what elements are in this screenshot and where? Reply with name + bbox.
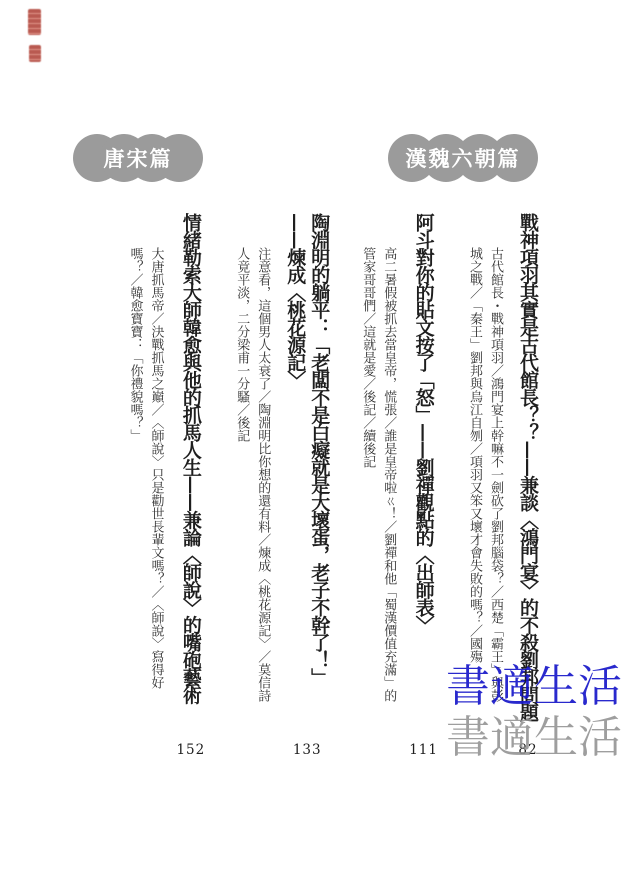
chapter-page-number: 152: [176, 742, 205, 758]
section-badge-label: 唐宋篇: [73, 134, 203, 182]
red-stamp-mark: [29, 45, 41, 62]
chapter-subtitles: 大唐抓馬帝／決戰抓馬之巔／〈師說〉只是勸世長輩文嗎？／〈師說〉寫得好 嗎？／韓愈…: [124, 247, 166, 721]
chapter-title: 陶淵明的躺平：「老闆不是白癡就是大壞蛋，老子不幹了！」 ——煉成〈桃花源記〉: [283, 213, 331, 686]
chapter-title-column: 戰神項羽其實是古代館長？？——兼談〈鴻門宴〉的不殺劉邦問題 82: [516, 213, 540, 758]
chapter-title: 情緒勒索大師韓愈與他的抓馬人生——兼論〈師說〉的嘴砲藝術: [179, 213, 203, 703]
chapter-title-column: 陶淵明的躺平：「老闆不是白癡就是大壞蛋，老子不幹了！」 ——煉成〈桃花源記〉 1…: [283, 213, 331, 758]
book-toc-page: 唐宋篇 漢魏六朝篇 戰神項羽其實是古代館長？？——兼談〈鴻門宴〉的不殺劉邦問題 …: [0, 0, 625, 880]
toc-chapter: 戰神項羽其實是古代館長？？——兼談〈鴻門宴〉的不殺劉邦問題 82 古代館長・戰神…: [464, 213, 540, 758]
chapter-subtitles: 注意看，這個男人太衰了／陶淵明比你想的還有料／煉成〈桃花源記〉／莫信詩 人竟平淡…: [231, 247, 273, 721]
toc-chapter: 情緒勒索大師韓愈與他的抓馬人生——兼論〈師說〉的嘴砲藝術 152 大唐抓馬帝／決…: [124, 213, 205, 758]
chapter-subtitles: 高二暑假被抓去當皇帝，慌張／誰是皇帝啦ㄍ！／劉禪和他「蜀漢價值充滿」的 管家哥哥…: [357, 247, 399, 721]
chapter-subtitles: 古代館長・戰神項羽／鴻門宴上幹嘛不一劍砍了劉邦腦袋？／西楚「霸王」與彭 城之戰／…: [464, 247, 506, 721]
section-badge-hanwei: 漢魏六朝篇: [388, 134, 538, 182]
red-stamp-mark: [28, 9, 41, 35]
chapter-page-number: 82: [518, 742, 537, 758]
section-badge-label: 漢魏六朝篇: [388, 134, 538, 182]
chapter-title: 戰神項羽其實是古代館長？？——兼談〈鴻門宴〉的不殺劉邦問題: [516, 213, 540, 721]
chapter-title-column: 情緒勒索大師韓愈與他的抓馬人生——兼論〈師說〉的嘴砲藝術 152: [176, 213, 205, 758]
toc-chapter: 陶淵明的躺平：「老闆不是白癡就是大壞蛋，老子不幹了！」 ——煉成〈桃花源記〉 1…: [231, 213, 331, 758]
chapter-title: 阿斗對你的貼文按了「怒」——劉禪觀點的〈出師表〉: [412, 213, 436, 633]
section-badge-tangsong: 唐宋篇: [73, 134, 203, 182]
chapter-page-number: 111: [409, 742, 438, 758]
chapter-page-number: 133: [293, 742, 322, 758]
toc-chapter: 阿斗對你的貼文按了「怒」——劉禪觀點的〈出師表〉 111 高二暑假被抓去當皇帝，…: [357, 213, 438, 758]
table-of-contents: 戰神項羽其實是古代館長？？——兼談〈鴻門宴〉的不殺劉邦問題 82 古代館長・戰神…: [100, 213, 540, 758]
chapter-title-column: 阿斗對你的貼文按了「怒」——劉禪觀點的〈出師表〉 111: [409, 213, 438, 758]
